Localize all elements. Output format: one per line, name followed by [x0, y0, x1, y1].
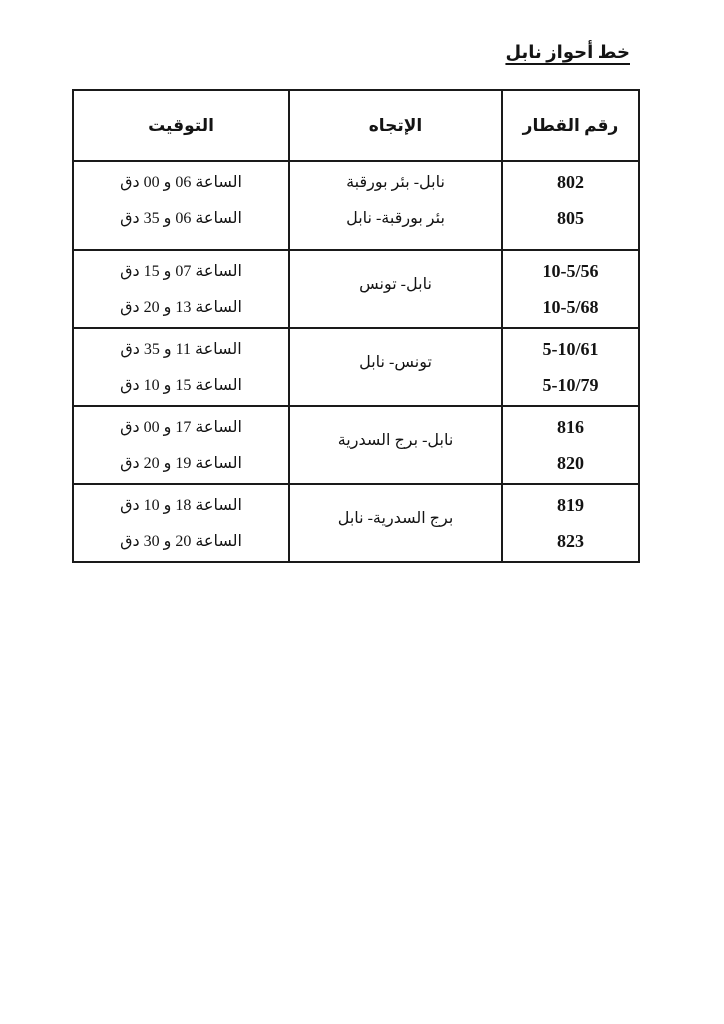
train-number: 10-5/56 — [543, 261, 599, 282]
timing-text: الساعة 11 و 35 دق — [74, 331, 288, 367]
table-row: 802 805 نابل- بئر بورقبة بئر بورقبة- ناب… — [73, 161, 639, 250]
cell-train-numbers: 10-5/56 10-5/68 — [502, 250, 639, 328]
cell-timings: الساعة 06 و 00 دق الساعة 06 و 35 دق — [73, 161, 289, 250]
cell-timings: الساعة 18 و 10 دق الساعة 20 و 30 دق — [73, 484, 289, 562]
cell-directions: نابل- بئر بورقبة بئر بورقبة- نابل — [289, 161, 502, 250]
header-direction: الإتجاه — [289, 90, 502, 161]
timing-text: الساعة 17 و 00 دق — [74, 409, 288, 445]
cell-train-numbers: 5-10/61 5-10/79 — [502, 328, 639, 406]
header-train-number: رقم القطار — [502, 90, 639, 161]
cell-directions: تونس- نابل — [289, 328, 502, 406]
cell-timings: الساعة 07 و 15 دق الساعة 13 و 20 دق — [73, 250, 289, 328]
train-number: 819 — [557, 495, 584, 516]
page-title: خط أحواز نابل — [505, 42, 630, 63]
cell-directions: برج السدرية- نابل — [289, 484, 502, 562]
train-number: 823 — [557, 531, 584, 552]
train-number: 816 — [557, 417, 584, 438]
cell-directions: نابل- تونس — [289, 250, 502, 328]
train-number: 5-10/61 — [543, 339, 599, 360]
timing-text: الساعة 20 و 30 دق — [74, 523, 288, 559]
timing-text: الساعة 19 و 20 دق — [74, 445, 288, 481]
direction-text: نابل- تونس — [290, 266, 501, 302]
train-number: 805 — [557, 208, 584, 229]
train-number: 5-10/79 — [543, 375, 599, 396]
document-page: خط أحواز نابل رقم القطار الإتجاه التوقيت… — [0, 0, 724, 1024]
direction-text: بئر بورقبة- نابل — [290, 200, 501, 236]
direction-text: نابل- برج السدرية — [290, 422, 501, 458]
timing-text: الساعة 07 و 15 دق — [74, 253, 288, 289]
timing-text: الساعة 06 و 00 دق — [74, 164, 288, 200]
table-row: 5-10/61 5-10/79 تونس- نابل الساعة 11 و 3… — [73, 328, 639, 406]
header-timing: التوقيت — [73, 90, 289, 161]
cell-timings: الساعة 11 و 35 دق الساعة 15 و 10 دق — [73, 328, 289, 406]
cell-train-numbers: 802 805 — [502, 161, 639, 250]
cell-train-numbers: 819 823 — [502, 484, 639, 562]
table-row: 10-5/56 10-5/68 نابل- تونس الساعة 07 و 1… — [73, 250, 639, 328]
table-row: 819 823 برج السدرية- نابل الساعة 18 و 10… — [73, 484, 639, 562]
timing-text: الساعة 15 و 10 دق — [74, 367, 288, 403]
train-number: 820 — [557, 453, 584, 474]
table-header: رقم القطار الإتجاه التوقيت — [73, 90, 639, 161]
timing-text: الساعة 06 و 35 دق — [74, 200, 288, 236]
train-schedule-table: رقم القطار الإتجاه التوقيت 802 805 نابل-… — [72, 89, 640, 563]
cell-train-numbers: 816 820 — [502, 406, 639, 484]
train-number: 802 — [557, 172, 584, 193]
train-number: 10-5/68 — [543, 297, 599, 318]
direction-text: برج السدرية- نابل — [290, 500, 501, 536]
timing-text: الساعة 18 و 10 دق — [74, 487, 288, 523]
direction-text: نابل- بئر بورقبة — [290, 164, 501, 200]
header-row: رقم القطار الإتجاه التوقيت — [73, 90, 639, 161]
table-row: 816 820 نابل- برج السدرية الساعة 17 و 00… — [73, 406, 639, 484]
timing-text: الساعة 13 و 20 دق — [74, 289, 288, 325]
cell-timings: الساعة 17 و 00 دق الساعة 19 و 20 دق — [73, 406, 289, 484]
cell-directions: نابل- برج السدرية — [289, 406, 502, 484]
direction-text: تونس- نابل — [290, 344, 501, 380]
